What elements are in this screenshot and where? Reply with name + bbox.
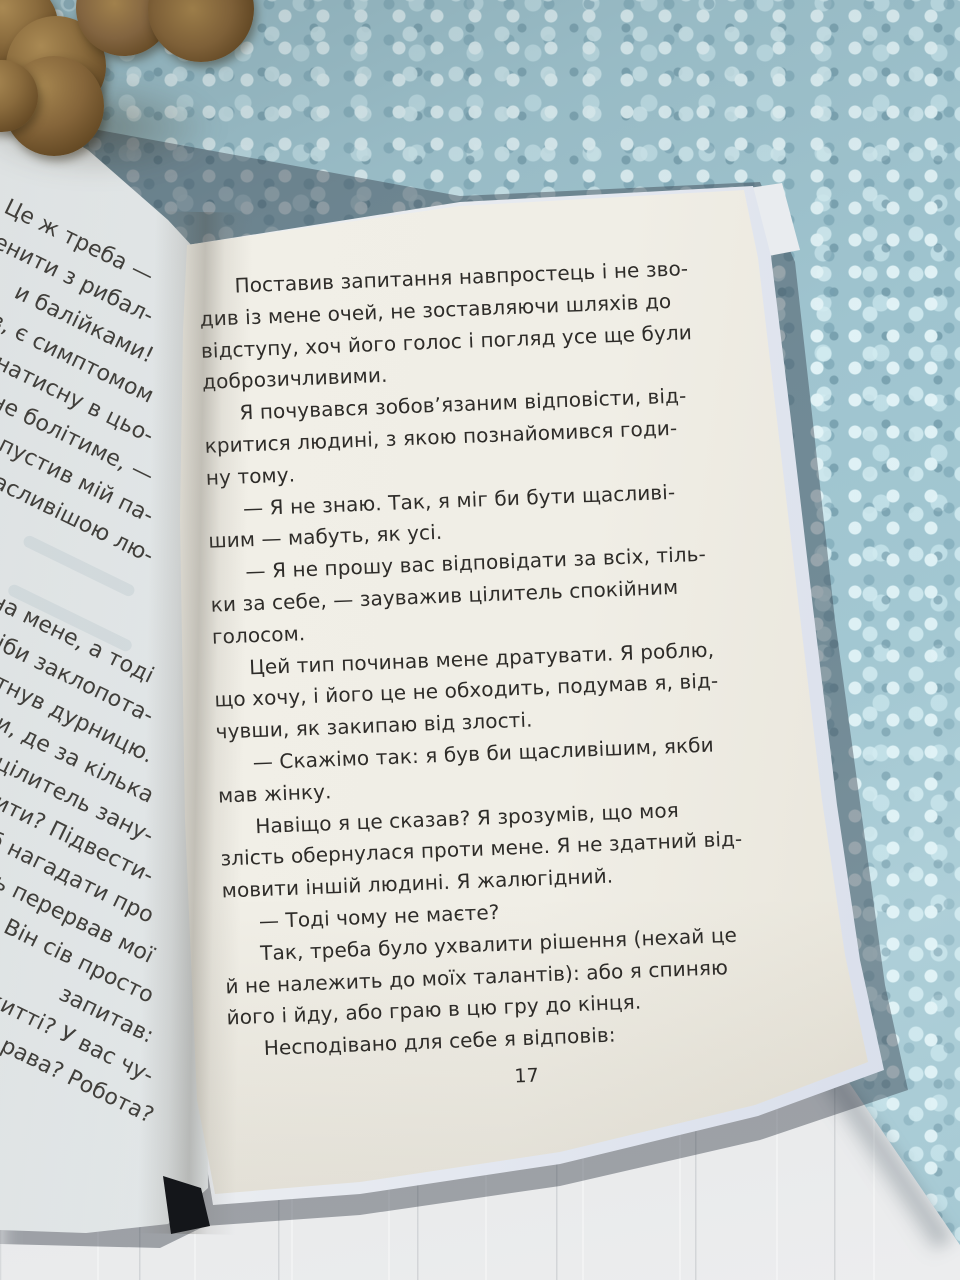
left-page-text: . Це ж треба —евенити з рибал-и балійкам… bbox=[0, 258, 152, 1138]
spine-gutter-shadow bbox=[137, 211, 253, 1235]
photo-scene: . Це ж треба —евенити з рибал-и балійкам… bbox=[0, 0, 960, 1280]
right-page-text: Поставив запитання навпростець і не зво-… bbox=[198, 253, 735, 1103]
body-text-lines: Поставив запитання навпростець і не зво-… bbox=[198, 253, 733, 1067]
